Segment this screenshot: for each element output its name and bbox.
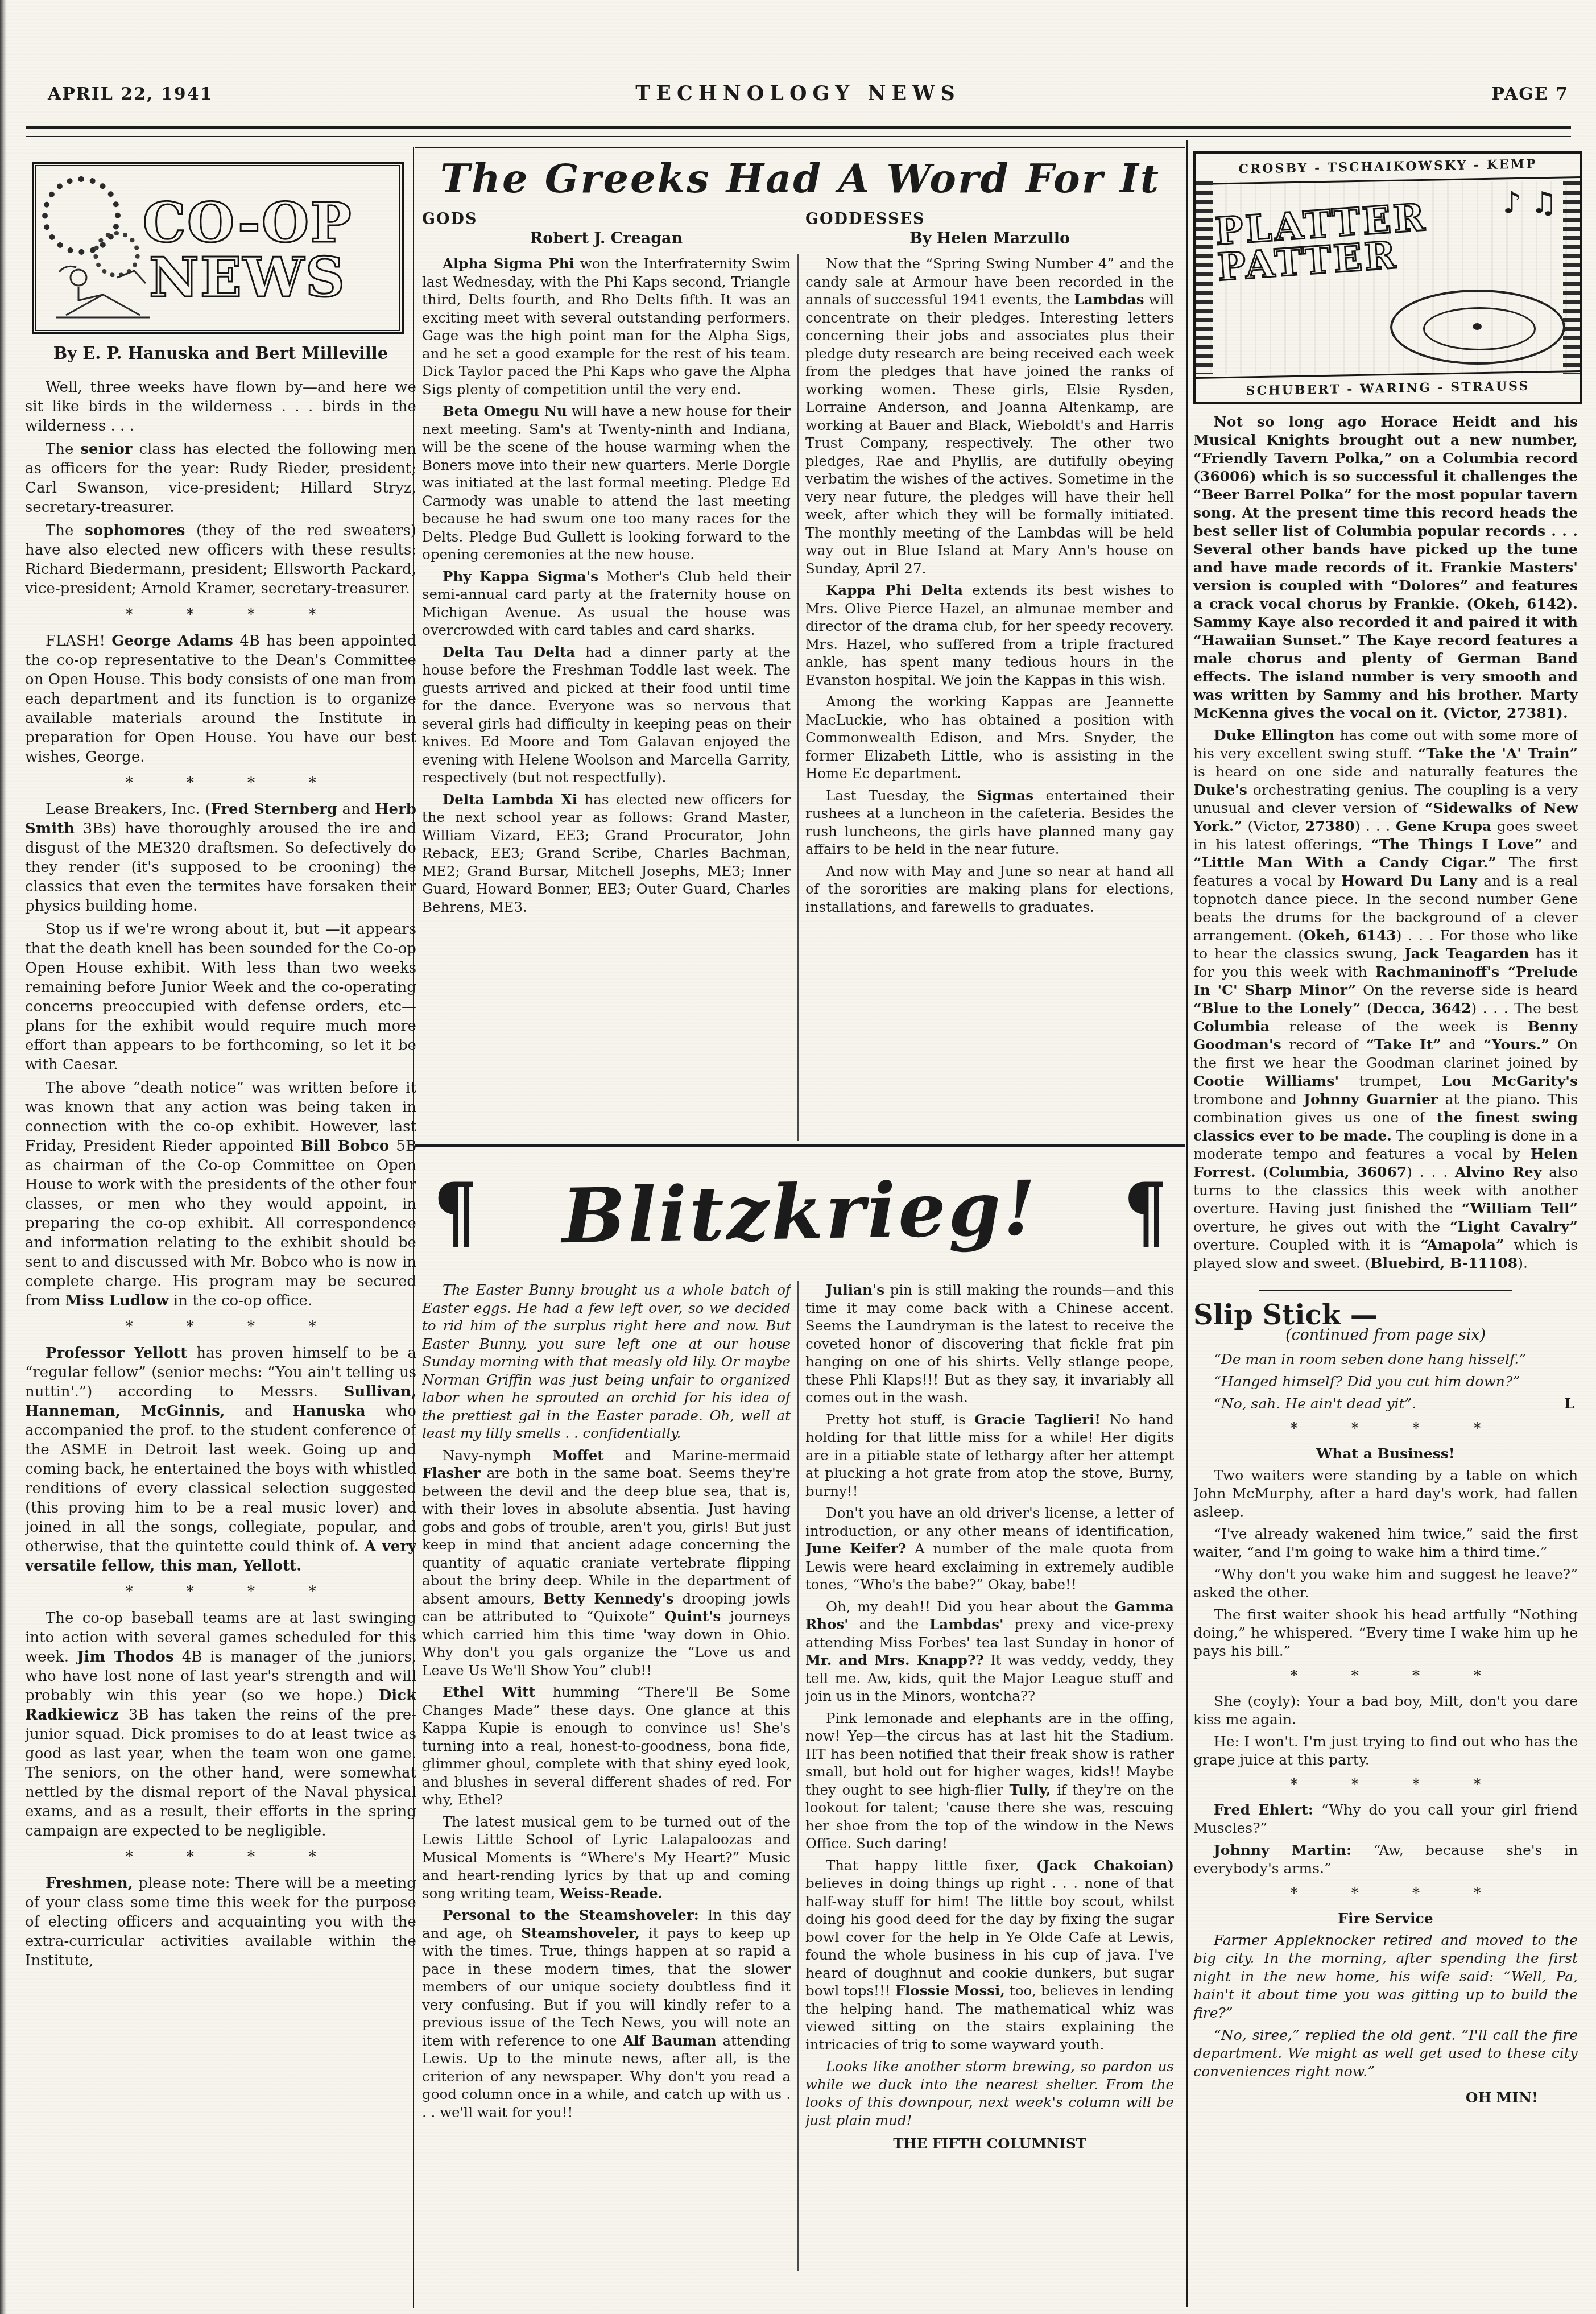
paragraph: The co-op baseball teams are at last swi… (25, 1609, 416, 1841)
record-spindle (1473, 323, 1482, 330)
section-separator: * * * * (1193, 1885, 1578, 1903)
section-separator: * * * * (25, 774, 416, 793)
slipstick-title: Slip Stick — (1193, 1306, 1578, 1324)
goddesses-column-text: Now that the “Spring Swing Number 4” and… (805, 255, 1174, 1141)
section-separator: * * * * (1193, 1776, 1578, 1794)
center-column-divider-bottom (797, 1281, 799, 2271)
blitzkrieg-headline: Blitzkrieg! (561, 1164, 1039, 1261)
goddesses-label: GODDESSES (805, 210, 925, 228)
paragraph: He: I won't. I'm just trying to find out… (1193, 1733, 1578, 1769)
paragraph: She (coyly): Your a bad boy, Milt, don't… (1193, 1692, 1578, 1729)
section-separator: * * * * (1193, 1667, 1578, 1685)
right-column: Not so long ago Horace Heidt and his Mus… (1193, 413, 1578, 2305)
goddesses-byline: By Helen Marzullo (805, 230, 1174, 247)
header-rule-thin (26, 136, 1571, 137)
paragraph: Fire Service (1193, 1910, 1578, 1928)
paragraph: Well, three weeks have flown by—and here… (25, 378, 416, 436)
gods-label: GODS (422, 210, 478, 228)
paragraph: The sophomores (they of the red sweaters… (25, 521, 416, 598)
paragraph: Pink lemonade and elephants are in the o… (805, 1709, 1174, 1853)
paragraph: Oh, my deah!! Did you hear about the Gam… (805, 1598, 1174, 1705)
platter-illustration: ♪ ♫ PLATTER PATTER (1196, 181, 1580, 374)
paragraph: Navy-nymph Moffet and Marine-mermaid Fla… (422, 1447, 791, 1680)
paragraph: Farmer Appleknocker retired and moved to… (1193, 1931, 1578, 2022)
blitzkrieg-headline-band: ¶ Blitzkrieg! ¶ (415, 1151, 1185, 1273)
record-reviews-text: Not so long ago Horace Heidt and his Mus… (1193, 413, 1578, 1272)
paragraph: Last Tuesday, the Sigmas entertained the… (805, 787, 1174, 858)
platter-side-border-left (1196, 181, 1213, 374)
paragraph: THE FIFTH COLUMNIST (805, 2135, 1174, 2153)
blitzkrieg-right-column: Julian's pin is still making the rounds—… (805, 1281, 1174, 2305)
paragraph: Julian's pin is still making the rounds—… (805, 1281, 1174, 1407)
coop-news-logo-box: CO-OP NEWS (32, 162, 404, 334)
masthead: TECHNOLOGY NEWS (0, 82, 1596, 105)
paragraph: “No, sah. He ain't dead yit”.L (1193, 1395, 1578, 1413)
paragraph: Looks like another storm brewing, so par… (805, 2057, 1174, 2129)
music-notes-icon: ♪ ♫ (1503, 186, 1557, 220)
paragraph: Professor Yellott has proven himself to … (25, 1344, 416, 1576)
paragraph: That happy little fixer, (Jack Chakoian)… (805, 1857, 1174, 2054)
paragraph: Kappa Phi Delta extends its best wishes … (805, 581, 1174, 689)
paragraph: The above “death notice” was written bef… (25, 1079, 416, 1311)
greeks-top-rule (415, 147, 1185, 148)
paragraph: Two waiters were standing by a table on … (1193, 1466, 1578, 1521)
coop-byline: By E. P. Hanuska and Bert Milleville (25, 344, 416, 363)
paragraph: Johnny Martin: “Aw, because she's in eve… (1193, 1841, 1578, 1878)
section-separator: * * * * (25, 1848, 416, 1867)
pilcrow-ornament-icon: ¶ (433, 1166, 477, 1258)
paragraph: Personal to the Steamshoveler: In this d… (422, 1906, 791, 2121)
paragraph: Beta Omegu Nu will have a new house for … (422, 402, 791, 564)
paragraph: The Easter Bunny brought us a whole batc… (422, 1281, 791, 1443)
scan-edge-artifact (0, 0, 7, 2314)
header-rule-thick (26, 126, 1571, 129)
paragraph: FLASH! George Adams 4B has been appointe… (25, 631, 416, 767)
paragraph: “No, siree,” replied the old gent. “I'll… (1193, 2026, 1578, 2081)
section-separator: * * * * (25, 605, 416, 625)
paragraph: Lease Breakers, Inc. (Fred Sternberg and… (25, 800, 416, 916)
paragraph: “Why don't you wake him and suggest he l… (1193, 1565, 1578, 1602)
blitzkrieg-left-column: The Easter Bunny brought us a whole batc… (422, 1281, 791, 2303)
record-disc-icon (1390, 290, 1565, 365)
paragraph: OH MIN! (1193, 2089, 1578, 2107)
platter-patter-box: CROSBY - TSCHAIKOWSKY - KEMP ♪ ♫ PLATTER… (1193, 151, 1582, 404)
gods-column-text: Alpha Sigma Phi won the Interfraternity … (422, 255, 791, 1141)
slipstick-text: “De man in room seben done hang hisself.… (1193, 1350, 1578, 2107)
paragraph: Not so long ago Horace Heidt and his Mus… (1193, 413, 1578, 722)
paragraph: Don't you have an old driver's license, … (805, 1504, 1174, 1594)
page-number: PAGE 7 (1492, 84, 1569, 104)
paragraph: Duke Ellington has come out with some mo… (1193, 726, 1578, 1272)
paragraph: “Hanged himself? Did you cut him down?” (1193, 1373, 1578, 1391)
paragraph: The latest musical gem to be turned out … (422, 1813, 791, 1903)
paragraph: And now with May and June so near at han… (805, 862, 1174, 916)
paragraph: “I've already wakened him twice,” said t… (1193, 1525, 1578, 1561)
pilcrow-ornament-icon: ¶ (1124, 1166, 1167, 1258)
paragraph: Stop us if we're wrong about it, but —it… (25, 920, 416, 1075)
paragraph: Now that the “Spring Swing Number 4” and… (805, 255, 1174, 577)
slipstick-top-rule (1259, 1290, 1512, 1291)
paragraph: Freshmen, please note: There will be a m… (25, 1874, 416, 1970)
paragraph: The senior class has elected the followi… (25, 440, 416, 517)
paragraph: Phy Kappa Sigma's Mother's Club held the… (422, 568, 791, 639)
platter-strap-bottom: SCHUBERT - WARING - STRAUSS (1196, 370, 1580, 405)
paragraph: Pretty hot stuff, is Gracie Taglieri! No… (805, 1411, 1174, 1501)
blitzkrieg-top-rule (415, 1144, 1185, 1147)
paragraph: Among the working Kappas are Jeannette M… (805, 693, 1174, 783)
paragraph: Delta Lambda Xi has elected new officers… (422, 791, 791, 916)
center-column-divider-top (797, 254, 799, 1141)
paragraph: Alpha Sigma Phi won the Interfraternity … (422, 255, 791, 398)
paragraph: What a Business! (1193, 1445, 1578, 1463)
coop-column-text: Well, three weeks have flown by—and here… (25, 378, 416, 2307)
paragraph: “De man in room seben done hang hisself.… (1193, 1350, 1578, 1369)
paragraph: Fred Ehlert: “Why do you call your girl … (1193, 1801, 1578, 1837)
paragraph: Delta Tau Delta had a dinner party at th… (422, 643, 791, 787)
section-separator: * * * * (25, 1317, 416, 1337)
paragraph: The first waiter shook his head artfully… (1193, 1606, 1578, 1660)
platter-side-border-right (1563, 181, 1580, 374)
gods-byline: Robert J. Creagan (422, 230, 791, 247)
section-separator: * * * * (25, 1582, 416, 1602)
section-separator: * * * * (1193, 1420, 1578, 1438)
greeks-headline: The Greeks Had A Word For It (415, 155, 1185, 202)
column-rule-right (1186, 140, 1188, 2307)
platter-strap-top: CROSBY - TSCHAIKOWSKY - KEMP (1196, 150, 1580, 185)
coop-news-illustration (49, 261, 157, 323)
platter-title-line2: PATTER (1216, 235, 1430, 286)
paragraph: Ethel Witt humming “There'll Be Some Cha… (422, 1683, 791, 1809)
newspaper-page: APRIL 22, 1941 TECHNOLOGY NEWS PAGE 7 CO… (0, 0, 1596, 2314)
